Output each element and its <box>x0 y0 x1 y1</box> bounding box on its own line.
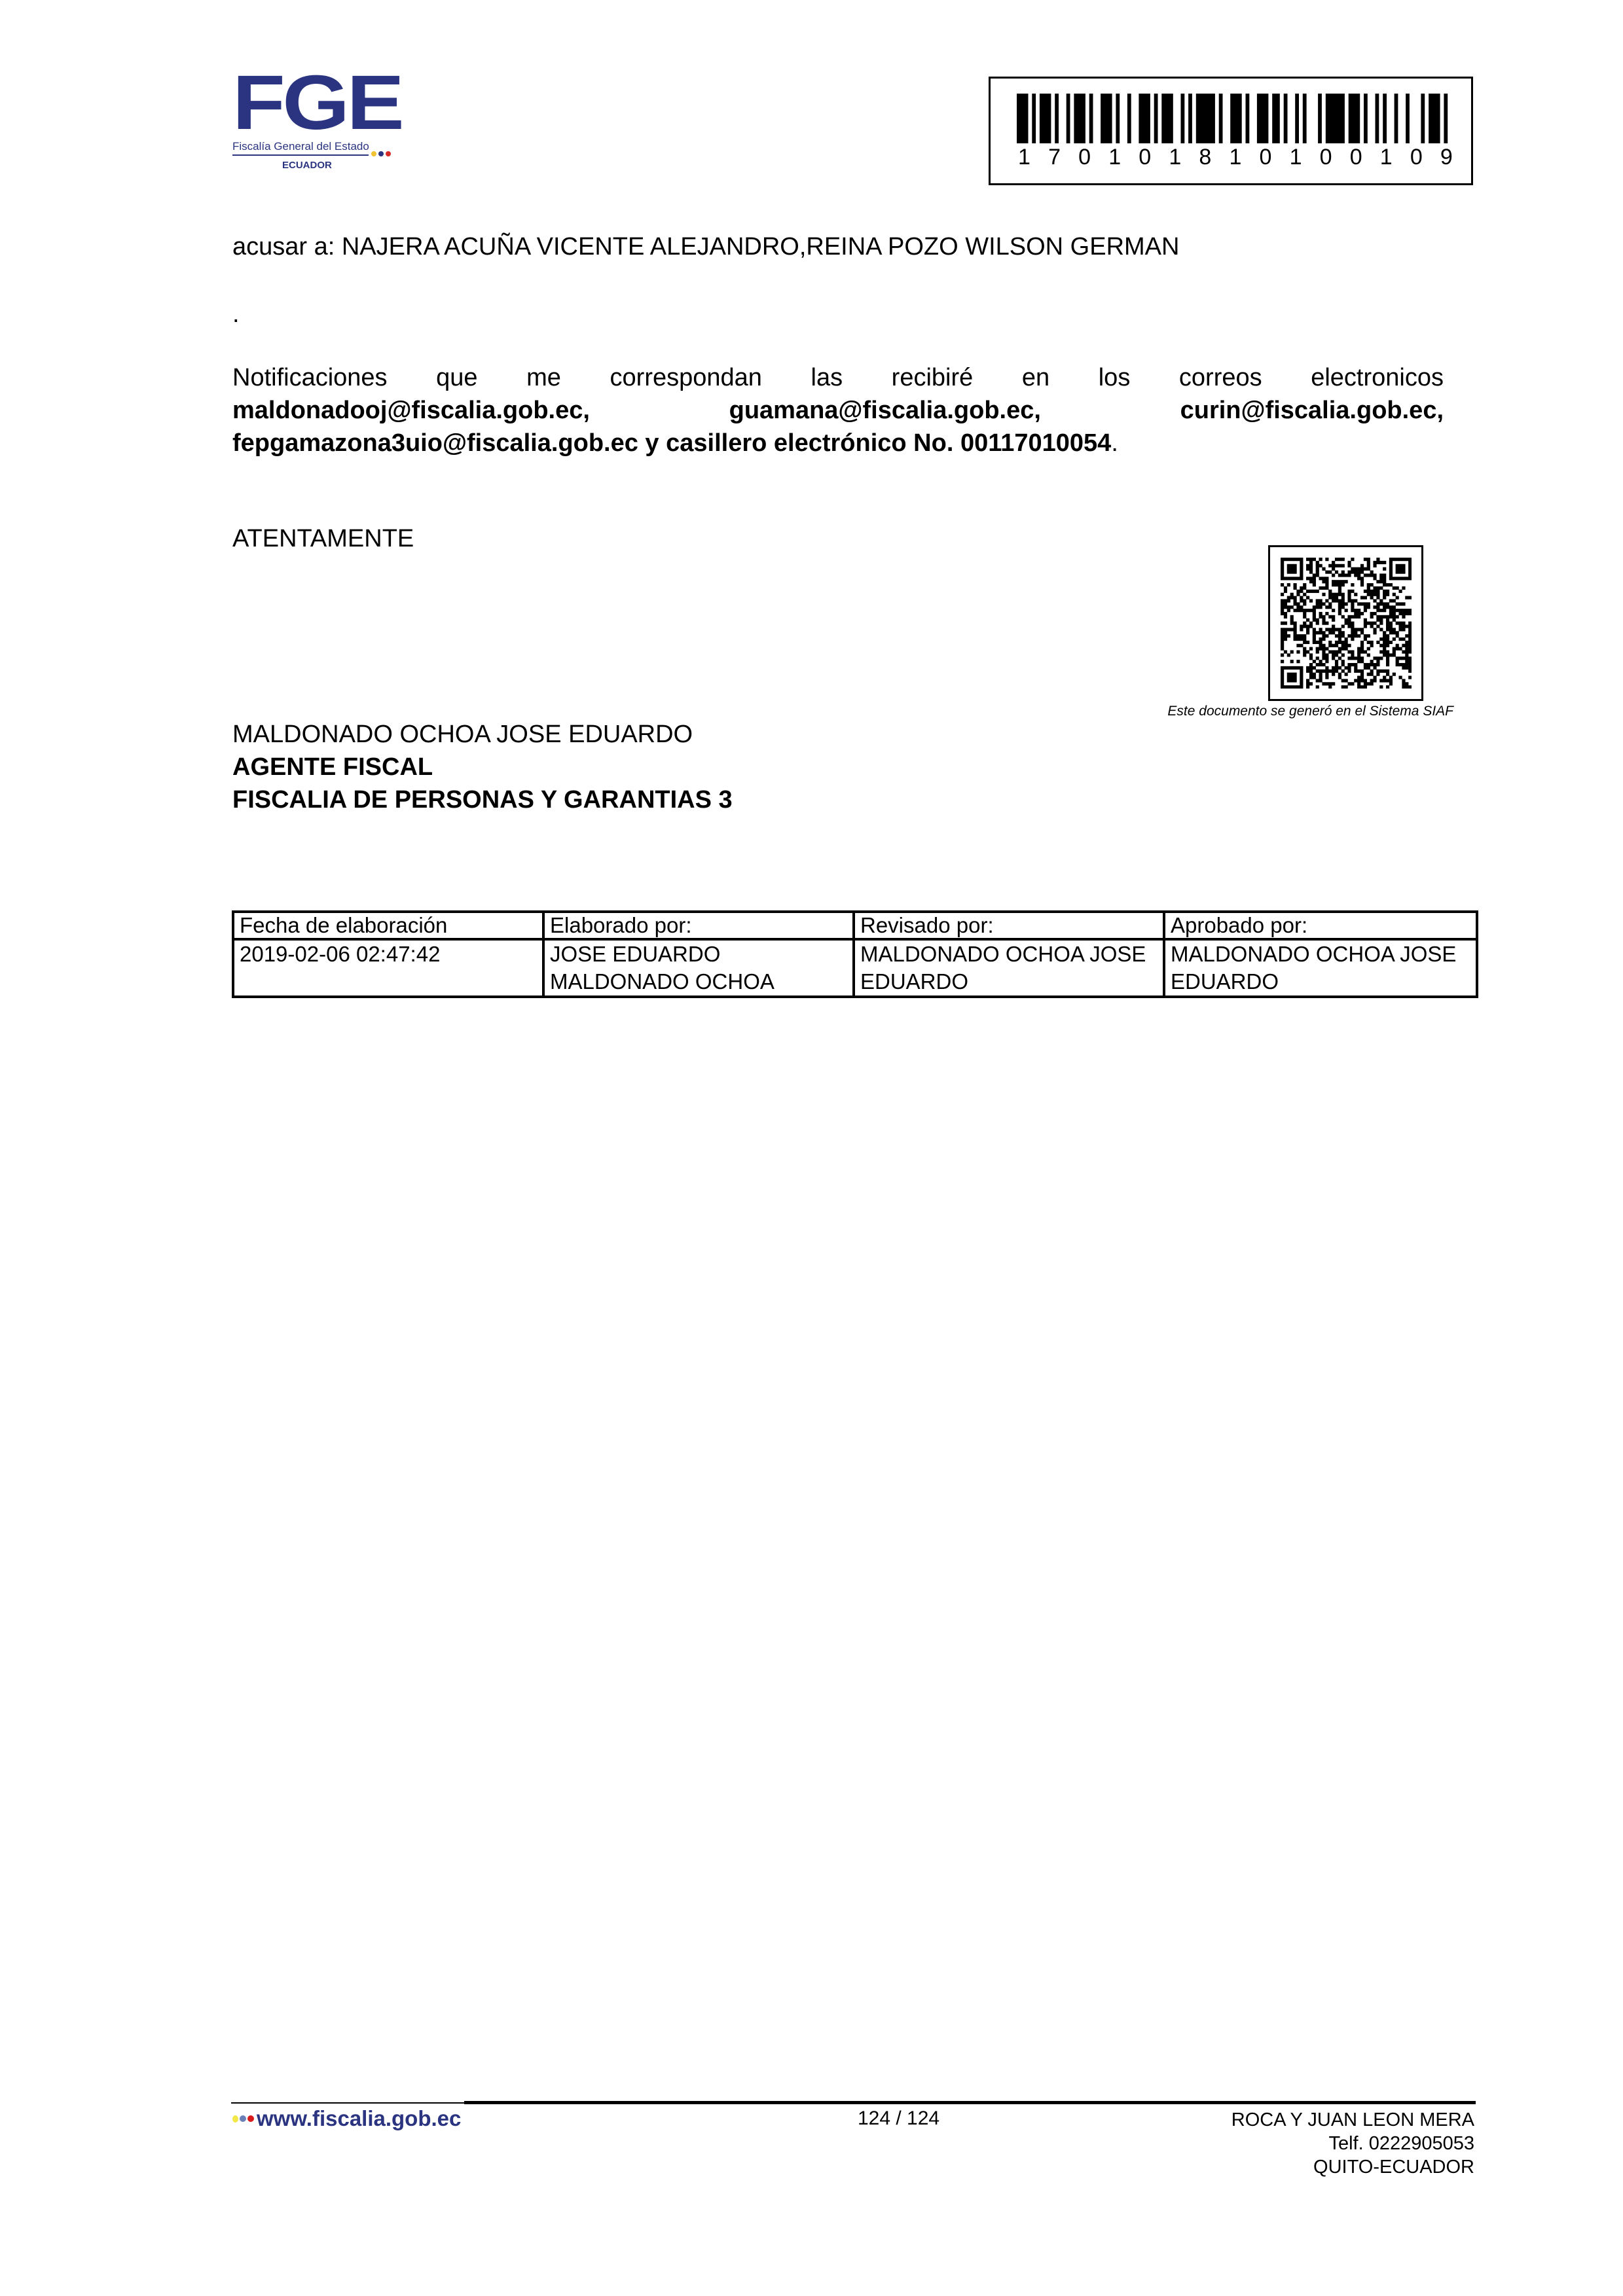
dot-yellow-icon <box>232 2115 238 2123</box>
signer-office: FISCALIA DE PERSONAS Y GARANTIAS 3 <box>232 783 733 816</box>
fge-logo: FGE Fiscalía General del Estado ECUADOR <box>232 73 390 170</box>
notification-emails-line: maldonadooj@fiscalia.gob.ec, guamana@fis… <box>232 394 1444 427</box>
barcode-digit: 0 <box>1078 145 1091 170</box>
logo-dot-red <box>386 151 391 156</box>
header-reviewed-by: Revisado por: <box>854 912 1164 939</box>
cell-date: 2019-02-06 02:47:42 <box>233 939 543 997</box>
website-link[interactable]: www.fiscalia.gob.ec <box>257 2106 461 2131</box>
footer-website[interactable]: www.fiscalia.gob.ec <box>232 2106 461 2131</box>
barcode-digit: 1 <box>1290 145 1302 170</box>
barcode-digit: 0 <box>1410 145 1423 170</box>
address-city: QUITO-ECUADOR <box>1113 2155 1474 2179</box>
address-phone: Telf. 0222905053 <box>1113 2132 1474 2155</box>
footer-divider <box>231 2102 464 2104</box>
barcode-digits: 170101810100109 <box>1018 145 1453 170</box>
barcode-digit: 1 <box>1380 145 1393 170</box>
cell-line: JOSE EDUARDO <box>550 941 847 968</box>
signer-role: AGENTE FISCAL <box>232 751 433 783</box>
email-and-mailbox: fepgamazona3uio@fiscalia.gob.ec y casill… <box>232 429 1111 457</box>
barcode-digit: 0 <box>1139 145 1151 170</box>
cell-line: EDUARDO <box>860 968 1158 996</box>
cell-line: MALDONADO OCHOA JOSE <box>1171 941 1470 968</box>
review-table: Fecha de elaboración Elaborado por: Revi… <box>232 910 1478 998</box>
logo-rule <box>232 154 369 156</box>
logo-subtitle: Fiscalía General del Estado <box>232 140 369 153</box>
barcode: 170101810100109 <box>989 77 1473 185</box>
barcode-digit: 1 <box>1108 145 1121 170</box>
qr-code-icon <box>1281 558 1412 689</box>
signer-name: MALDONADO OCHOA JOSE EDUARDO <box>232 718 693 751</box>
closing: ATENTAMENTE <box>232 522 414 555</box>
barcode-digit: 0 <box>1260 145 1272 170</box>
barcode-digit: 8 <box>1199 145 1211 170</box>
notifications-intro: Notificaciones que me correspondan las r… <box>232 361 1444 394</box>
cell-line: 2019-02-06 02:47:42 <box>240 941 537 968</box>
cell-prepared-by: JOSE EDUARDOMALDONADO OCHOA <box>543 939 854 997</box>
cell-line: EDUARDO <box>1171 968 1470 996</box>
header-date: Fecha de elaboración <box>233 912 543 939</box>
accused-line: acusar a: NAJERA ACUÑA VICENTE ALEJANDRO… <box>232 230 1179 263</box>
notifications-paragraph: Notificaciones que me correspondan las r… <box>232 361 1444 459</box>
separator-dot: . <box>232 298 240 331</box>
qr-code <box>1268 545 1423 701</box>
barcode-digit: 0 <box>1320 145 1332 170</box>
logo-dot-yellow <box>371 151 376 156</box>
header-approved-by: Aprobado por: <box>1164 912 1477 939</box>
logo-acronym: FGE <box>232 64 401 141</box>
footer-address: ROCA Y JUAN LEON MERA Telf. 0222905053 Q… <box>1113 2108 1474 2179</box>
barcode-digit: 7 <box>1048 145 1061 170</box>
dot-blue-icon <box>240 2115 246 2122</box>
period: . <box>1111 429 1118 457</box>
table-header-row: Fecha de elaboración Elaborado por: Revi… <box>233 912 1477 939</box>
header-prepared-by: Elaborado por: <box>543 912 854 939</box>
email-link[interactable]: curin@fiscalia.gob.ec, <box>1180 397 1444 424</box>
cell-approved-by: MALDONADO OCHOA JOSEEDUARDO <box>1164 939 1477 997</box>
logo-dots-icon <box>371 151 391 156</box>
notification-mailbox-line: fepgamazona3uio@fiscalia.gob.ec y casill… <box>232 427 1444 459</box>
cell-line: MALDONADO OCHOA <box>550 968 847 996</box>
barcode-digit: 0 <box>1350 145 1362 170</box>
barcode-digit: 9 <box>1440 145 1453 170</box>
cell-line: MALDONADO OCHOA JOSE <box>860 941 1158 968</box>
page-number: 124 / 124 <box>858 2108 939 2130</box>
logo-dot-blue <box>378 151 384 156</box>
barcode-digit: 1 <box>1169 145 1181 170</box>
barcode-digit: 1 <box>1229 145 1241 170</box>
address-street: ROCA Y JUAN LEON MERA <box>1113 2108 1474 2132</box>
logo-country: ECUADOR <box>282 160 332 171</box>
barcode-bars-icon <box>1017 94 1451 143</box>
dot-red-icon <box>247 2115 254 2122</box>
table-row: 2019-02-06 02:47:42 JOSE EDUARDOMALDONAD… <box>233 939 1477 997</box>
cell-reviewed-by: MALDONADO OCHOA JOSEEDUARDO <box>854 939 1164 997</box>
email-link[interactable]: maldonadooj@fiscalia.gob.ec, <box>232 397 590 424</box>
qr-caption: Este documento se generó en el Sistema S… <box>1152 704 1453 719</box>
email-link[interactable]: guamana@fiscalia.gob.ec, <box>729 397 1041 424</box>
footer-divider-thick <box>464 2101 1476 2104</box>
barcode-digit: 1 <box>1018 145 1030 170</box>
